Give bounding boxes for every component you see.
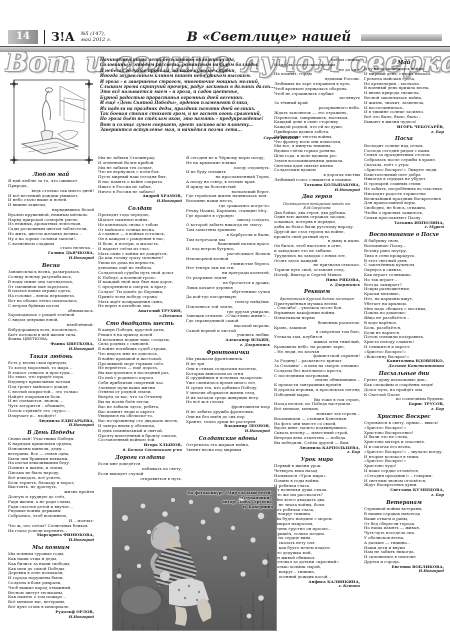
- header-rule: [361, 34, 442, 41]
- intro-poem: Начинается книга лета бесплановой обложк…: [100, 57, 298, 143]
- poem-section: В День ПобедыСнова май! Участники Победы…: [8, 431, 94, 543]
- page-number: 14: [8, 30, 38, 44]
- poem-line: отправиться в путь,: [98, 477, 182, 482]
- poem-title: Пасхальные дни: [364, 372, 444, 377]
- poem-author-location: г. Бор: [364, 493, 444, 498]
- poem-section: ФронтовичкиМы уважаем фронтовичек,И не з…: [186, 351, 270, 434]
- poem-title: Весна: [8, 264, 94, 269]
- poem-section: Люблю майЯ май люблю за то, что оживаетП…: [8, 173, 94, 261]
- section-title: В «Светлице» нашей: [187, 30, 351, 45]
- poem-author-location: г. Дзержинск: [274, 283, 360, 288]
- poem-author-location: Н.Новгород: [98, 199, 182, 204]
- poem-author-location: г. Муром: [364, 225, 444, 230]
- poem-author-location: г. Бор: [364, 130, 444, 135]
- poem-section: Христос ВоскресСтремился к свету, прямо.…: [364, 415, 444, 498]
- poem-title: Фронтовички: [186, 351, 270, 356]
- poem-title: Реквием: [274, 290, 360, 295]
- poem-title: Мы помним: [8, 546, 94, 551]
- poem-section: Воспоминание о ПасхеЯ бабушку свою,Вспом…: [364, 233, 444, 369]
- poem-author: Сергей ИОНОВ: [100, 135, 298, 140]
- poem-subtitle: Посвящается ветеранам завода им. В.М.Све…: [274, 202, 360, 210]
- poem-section: небом синим,Но вновь солдатским вдовамне…: [274, 58, 360, 192]
- poem-section: Я сегодня не к Чёрному морю поеду,Не на …: [186, 156, 270, 348]
- poem-section: РеквиемФронтовикам Курской битвы посвяща…: [274, 290, 360, 455]
- photo-caption: На фотоконкурс «Мир глазами детей» «Одув…: [163, 491, 273, 509]
- poem-title: Солдат: [98, 207, 182, 212]
- poem-section: Дороги солдатаЕсли мне доведётсяпобывать…: [98, 456, 182, 481]
- newspaper-page: 14 З!А №5 (147), май 2012 г. В «Светлице…: [0, 0, 450, 637]
- poem-author-location: Н.Новгород: [8, 423, 94, 428]
- poem-title: Пасха: [364, 137, 444, 142]
- poem-author-location: Н.Новгород: [364, 569, 444, 574]
- poem-section: МайВ ту ночь окончилась война,И мирный д…: [364, 61, 444, 134]
- poem-author-location: Н.Новгород: [8, 347, 94, 352]
- poem-author-location: Дальнее Константиново: [364, 364, 444, 369]
- poem-author-location: Н.Новгород: [274, 188, 360, 193]
- poem-author-location: г. Дзержинск: [186, 343, 270, 348]
- poem-section: Начинается книга лета бесплановой обложк…: [100, 57, 298, 140]
- column-1: Люблю майЯ май люблю за то, что оживаетП…: [8, 170, 94, 635]
- poem-section: СолдатПроходят года чередою,Шагает памят…: [98, 207, 182, 319]
- poem-author-location: Н.Новгород: [8, 256, 94, 261]
- poem-author-location: г. Кстово: [274, 584, 360, 589]
- ornament-frame: [8, 78, 95, 166]
- poem-author-location: г. Бор: [274, 450, 360, 455]
- poem-section: ПасхаВосходит солнце над селом,Господь с…: [364, 137, 444, 230]
- poem-section: ВетеранамСтрашной войны ветераны,В наших…: [364, 501, 444, 574]
- poem-title: Два героя: [274, 195, 360, 200]
- poem-line: Звенит весна под мирным: [186, 448, 270, 453]
- poem-title: Солдатские вдовы: [186, 437, 270, 442]
- poem-section: Мы помнимМы помним суровые годы,Как наши…: [8, 546, 94, 619]
- poem-title: Воспоминание о Пасхе: [364, 233, 444, 238]
- column-2: Мы не забыли СталинградИ огненной Волги …: [98, 156, 182, 486]
- paper-logo: З!А: [44, 30, 75, 44]
- still-life-drawing: [8, 78, 95, 166]
- poem-author-location: Н.Новгород: [186, 429, 270, 434]
- column-4: небом синим,Но вновь солдатским вдовамне…: [274, 58, 360, 633]
- poem-section: Мы не забыли СталинградИ огненной Волги …: [98, 156, 182, 204]
- column-5: МайВ ту ночь окончилась война,И мирный д…: [364, 58, 444, 635]
- poem-author-location: Н.Новгород: [8, 615, 94, 620]
- issue-info: №5 (147), май 2012 г.: [81, 31, 127, 43]
- poem-title: Такая любовь: [8, 355, 94, 360]
- poem-title: Люблю май: [8, 173, 94, 178]
- poem-title: В День Победы: [8, 431, 94, 436]
- poem-section: Урок мираПервый в жизни урок.Четверть ве…: [274, 458, 360, 589]
- column-3: Я сегодня не к Чёрному морю поеду,Не на …: [186, 156, 270, 484]
- poem-author-location: г. Бор: [364, 407, 444, 412]
- poem-section: Сто двадцать шестьВ канун Победы, кругло…: [98, 322, 182, 453]
- page-header: 14 З!А №5 (147), май 2012 г. В «Светлице…: [8, 28, 442, 46]
- poem-section: ВеснаЗанавесилась весна, разыгралась,Сол…: [8, 264, 94, 352]
- poem-author-location: с.Починки: [98, 314, 182, 319]
- poem-section: Два герояПосвящается ветеранам завода им…: [274, 195, 360, 287]
- photo-caption-location: п. Ковернино: [163, 505, 273, 510]
- poem-author-location: Н.Новгород: [8, 538, 94, 543]
- poem-title: Май: [364, 61, 444, 66]
- poem-title: Христос Воскрес: [364, 415, 444, 420]
- poem-title: Дороги солдата: [98, 456, 182, 461]
- poem-section: Такая любовьЕсть у весны свои причуды,То…: [8, 355, 94, 428]
- poem-author-location: д. Бочиха Сосновского р-на: [98, 448, 182, 453]
- photo-contest-image: На фотоконкурс «Мир глазами детей» «Одув…: [112, 487, 277, 631]
- poem-section: Пасхальные дниГреют душу пасхальные дни.…: [364, 372, 444, 412]
- poem-title: Сто двадцать шесть: [98, 322, 182, 327]
- poem-title: Урок мира: [274, 458, 360, 463]
- poem-title: Ветеранам: [364, 501, 444, 506]
- poem-section: Солдатские вдовыОтгремела эта жаркая вой…: [186, 437, 270, 453]
- poem-line: Завершится вступленье мая, и начнётся по…: [100, 127, 298, 132]
